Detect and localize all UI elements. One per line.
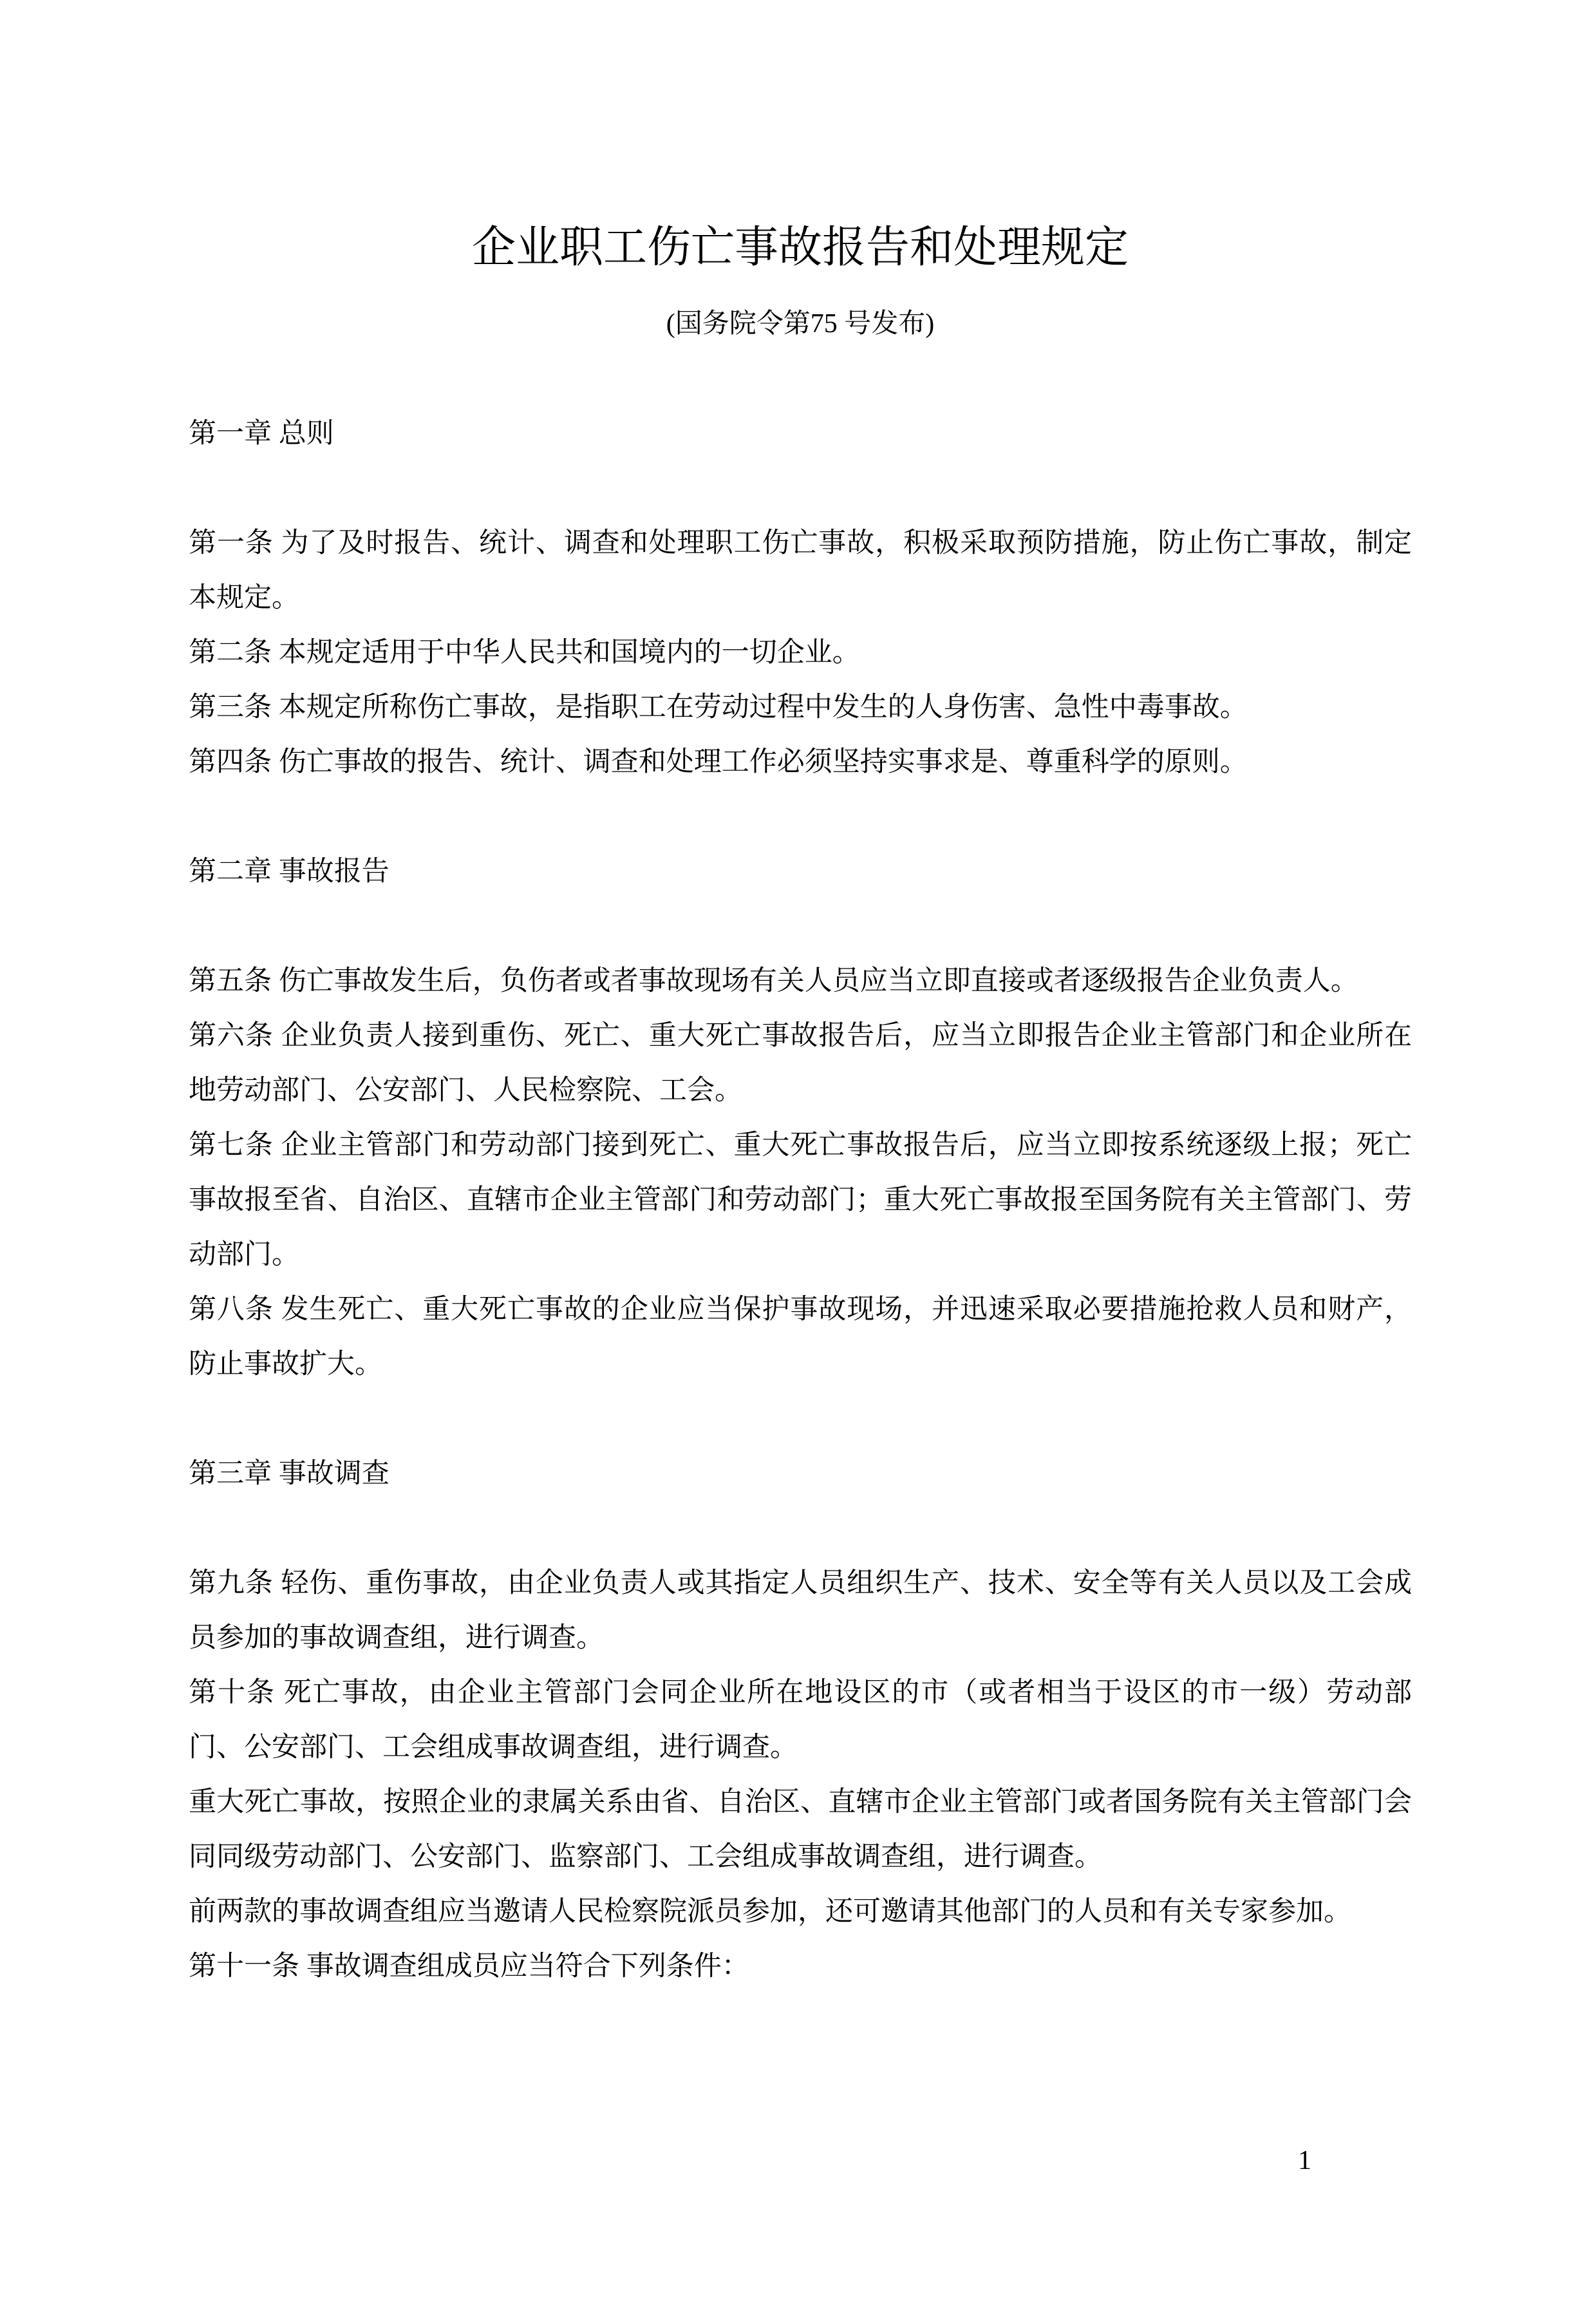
body-paragraph: 第六条 企业负责人接到重伤、死亡、重大死亡事故报告后，应当立即报告企业主管部门和… <box>189 1008 1412 1118</box>
chapter-heading: 第二章 事故报告 <box>189 844 1412 899</box>
document-title: 企业职工伤亡事故报告和处理规定 <box>189 220 1412 275</box>
chapter-heading: 第三章 事故调查 <box>189 1446 1412 1501</box>
body-paragraph: 前两款的事故调查组应当邀请人民检察院派员参加，还可邀请其他部门的人员和有关专家参… <box>189 1884 1412 1939</box>
body-paragraph: 第十条 死亡事故，由企业主管部门会同企业所在地设区的市（或者相当于设区的市一级）… <box>189 1665 1412 1775</box>
document-page: 企业职工伤亡事故报告和处理规定 (国务院令第75 号发布) 第一章 总则 第一条… <box>0 0 1596 2310</box>
body-paragraph: 第三条 本规定所称伤亡事故，是指职工在劳动过程中发生的人身伤害、急性中毒事故。 <box>189 680 1412 735</box>
body-paragraph: 第四条 伤亡事故的报告、统计、调查和处理工作必须坚持实事求是、尊重科学的原则。 <box>189 735 1412 790</box>
chapter-heading: 第一章 总则 <box>189 406 1412 461</box>
body-paragraph: 第五条 伤亡事故发生后，负伤者或者事故现场有关人员应当立即直接或者逐级报告企业负… <box>189 954 1412 1008</box>
body-paragraph: 第二条 本规定适用于中华人民共和国境内的一切企业。 <box>189 625 1412 680</box>
body-paragraph: 第九条 轻伤、重伤事故，由企业负责人或其指定人员组织生产、技术、安全等有关人员以… <box>189 1556 1412 1665</box>
document-subtitle: (国务院令第75 号发布) <box>189 296 1412 352</box>
body-paragraph: 第七条 企业主管部门和劳动部门接到死亡、重大死亡事故报告后，应当立即按系统逐级上… <box>189 1118 1412 1282</box>
page-number: 1 <box>1298 2144 1311 2177</box>
body-paragraph: 第十一条 事故调查组成员应当符合下列条件： <box>189 1939 1412 1994</box>
document-body: 第一章 总则 第一条 为了及时报告、统计、调查和处理职工伤亡事故，积极采取预防措… <box>189 406 1412 1994</box>
body-paragraph: 重大死亡事故，按照企业的隶属关系由省、自治区、直辖市企业主管部门或者国务院有关主… <box>189 1775 1412 1884</box>
document-content: 企业职工伤亡事故报告和处理规定 (国务院令第75 号发布) 第一章 总则 第一条… <box>189 0 1412 1994</box>
body-paragraph: 第八条 发生死亡、重大死亡事故的企业应当保护事故现场，并迅速采取必要措施抢救人员… <box>189 1282 1412 1392</box>
body-paragraph: 第一条 为了及时报告、统计、调查和处理职工伤亡事故，积极采取预防措施，防止伤亡事… <box>189 516 1412 625</box>
